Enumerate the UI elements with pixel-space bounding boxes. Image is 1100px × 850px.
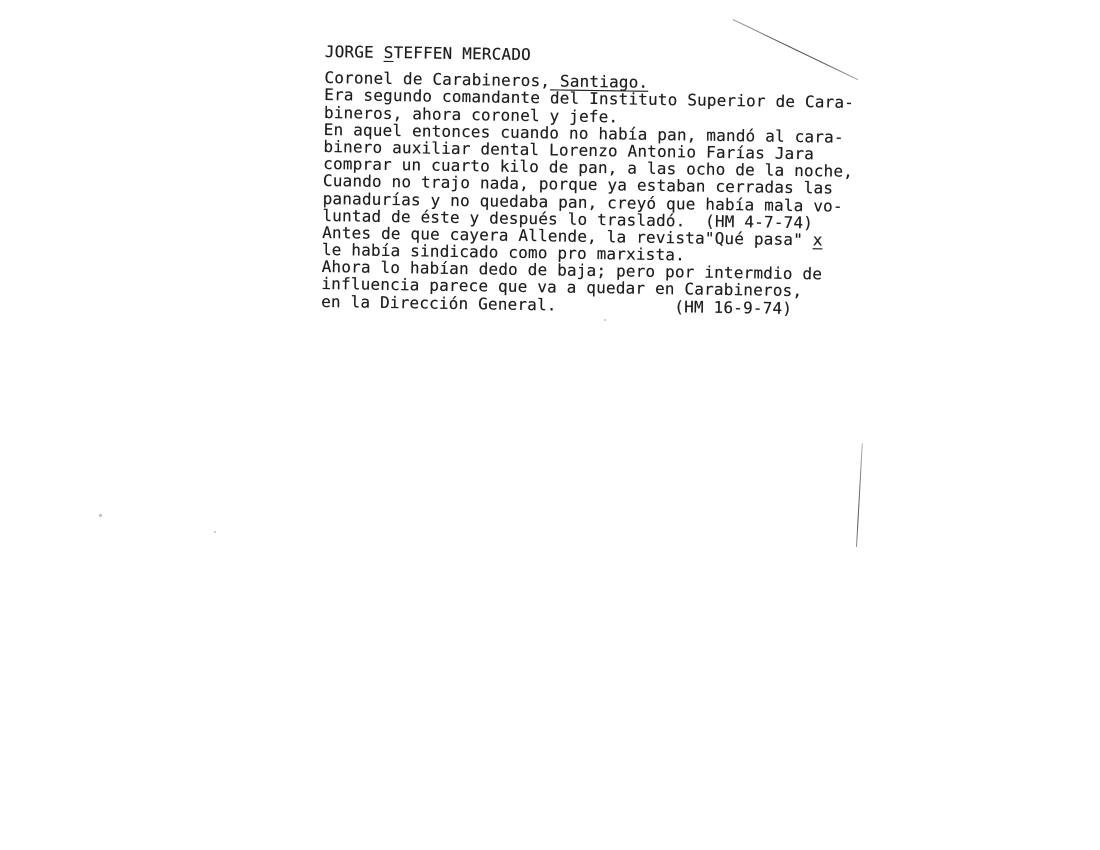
scan-speck <box>99 514 102 517</box>
underlined-text-segment: x <box>813 230 823 249</box>
text-segment: JORGE <box>325 42 384 62</box>
text-segment: TEFFEN MERCADO <box>393 43 531 64</box>
scan-stray-vertical-line <box>856 443 863 547</box>
scan-speck <box>214 531 216 533</box>
scan-speck <box>604 319 606 321</box>
typewritten-text-block: JORGE STEFFEN MERCADOCoronel de Carabine… <box>321 43 885 318</box>
document-title-line: JORGE STEFFEN MERCADO <box>325 43 885 68</box>
underlined-text-segment: S <box>384 43 394 62</box>
scanned-document-page: JORGE STEFFEN MERCADOCoronel de Carabine… <box>0 0 1100 850</box>
